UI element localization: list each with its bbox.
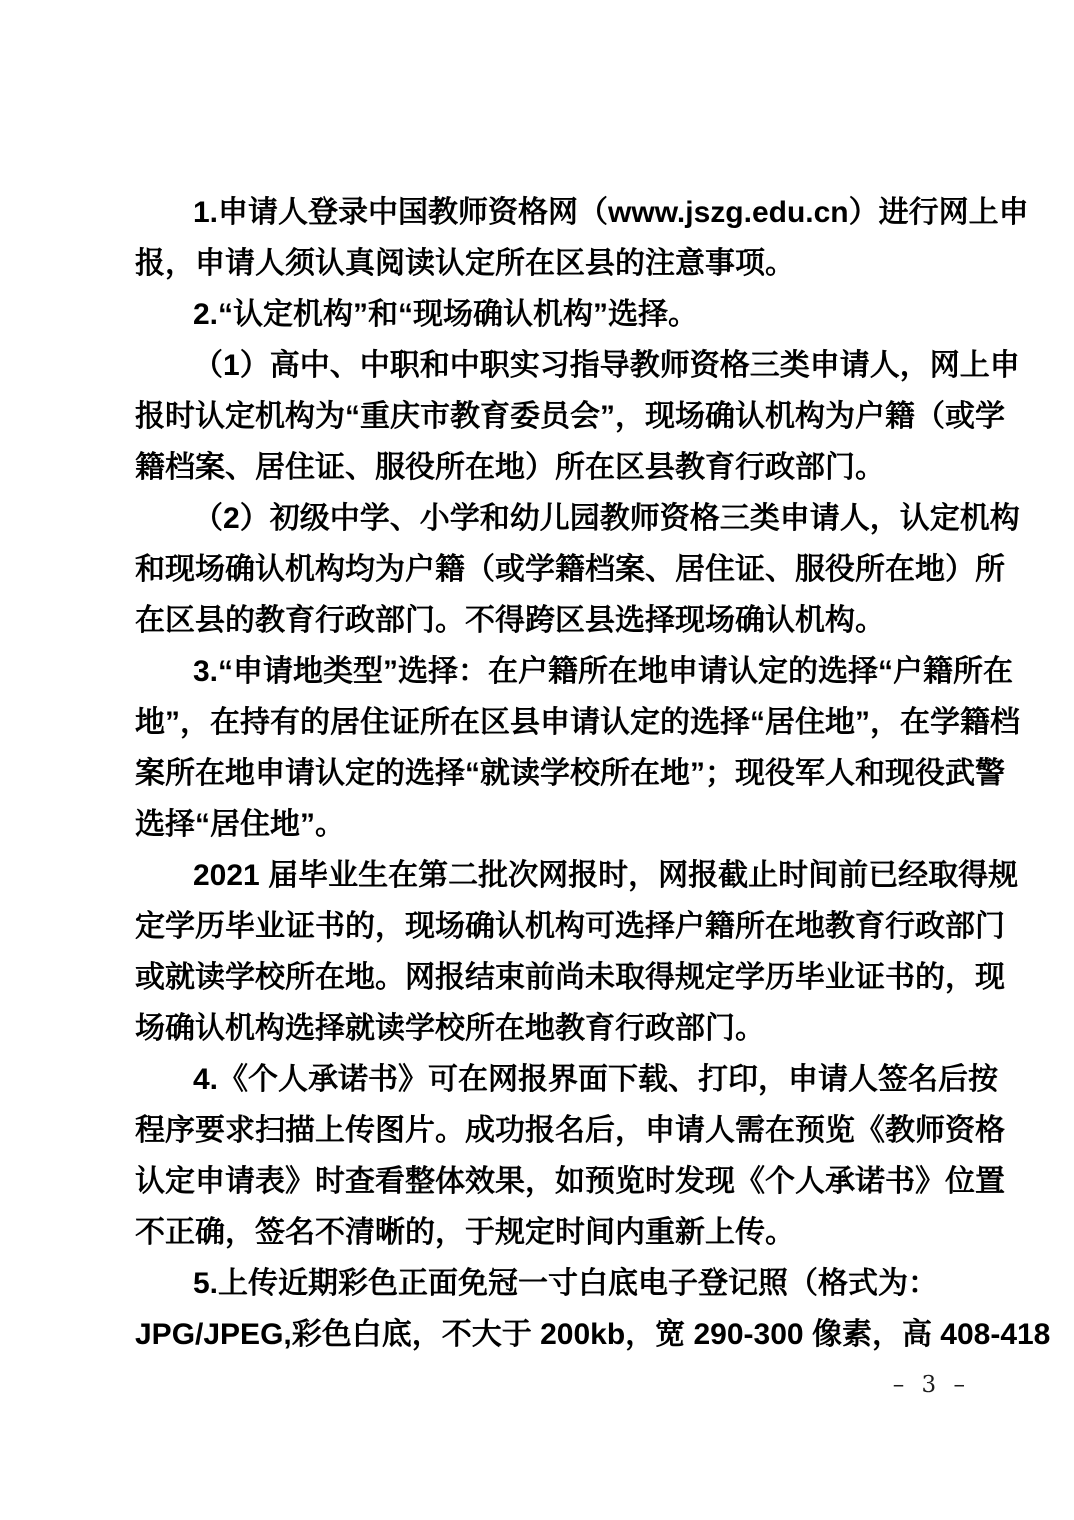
- text-line-4: （1）高中、中职和中职实习指导教师资格三类申请人，网上申: [135, 340, 985, 391]
- text-line-12: 案所在地申请认定的选择“就读学校所在地”；现役军人和现役武警: [135, 748, 985, 799]
- text-line-8: 和现场确认机构均为户籍（或学籍档案、居住证、服役所在地）所: [135, 544, 985, 595]
- text-line-22: 5.上传近期彩色正面免冠一寸白底电子登记照（格式为：: [135, 1258, 985, 1309]
- text-line-6: 籍档案、居住证、服役所在地）所在区县教育行政部门。: [135, 442, 985, 493]
- text-line-1: 1.申请人登录中国教师资格网（www.jszg.edu.cn）进行网上申: [135, 187, 985, 238]
- text-line-9: 在区县的教育行政部门。不得跨区县选择现场确认机构。: [135, 595, 985, 646]
- text-line-19: 程序要求扫描上传图片。成功报名后，申请人需在预览《教师资格: [135, 1105, 985, 1156]
- text-line-11: 地”，在持有的居住证所在区县申请认定的选择“居住地”，在学籍档: [135, 697, 985, 748]
- text-line-23: JPG/JPEG,彩色白底，不大于 200kb，宽 290-300 像素，高 4…: [135, 1309, 985, 1360]
- text-line-3: 2.“认定机构”和“现场确认机构”选择。: [135, 289, 985, 340]
- text-line-17: 场确认机构选择就读学校所在地教育行政部门。: [135, 1003, 985, 1054]
- text-line-20: 认定申请表》时查看整体效果，如预览时发现《个人承诺书》位置: [135, 1156, 985, 1207]
- text-line-15: 定学历毕业证书的，现场确认机构可选择户籍所在地教育行政部门: [135, 901, 985, 952]
- text-line-7: （2）初级中学、小学和幼儿园教师资格三类申请人，认定机构: [135, 493, 985, 544]
- text-line-2: 报，申请人须认真阅读认定所在区县的注意事项。: [135, 238, 985, 289]
- document-body: 1.申请人登录中国教师资格网（www.jszg.edu.cn）进行网上申报，申请…: [135, 187, 985, 1360]
- page-number: – 3 –: [893, 1372, 970, 1398]
- text-line-18: 4.《个人承诺书》可在网报界面下载、打印，申请人签名后按: [135, 1054, 985, 1105]
- text-line-10: 3.“申请地类型”选择：在户籍所在地申请认定的选择“户籍所在: [135, 646, 985, 697]
- text-line-13: 选择“居住地”。: [135, 799, 985, 850]
- text-line-5: 报时认定机构为“重庆市教育委员会”，现场确认机构为户籍（或学: [135, 391, 985, 442]
- text-line-16: 或就读学校所在地。网报结束前尚未取得规定学历毕业证书的，现: [135, 952, 985, 1003]
- text-line-21: 不正确，签名不清晰的，于规定时间内重新上传。: [135, 1207, 985, 1258]
- text-line-14: 2021 届毕业生在第二批次网报时，网报截止时间前已经取得规: [135, 850, 985, 901]
